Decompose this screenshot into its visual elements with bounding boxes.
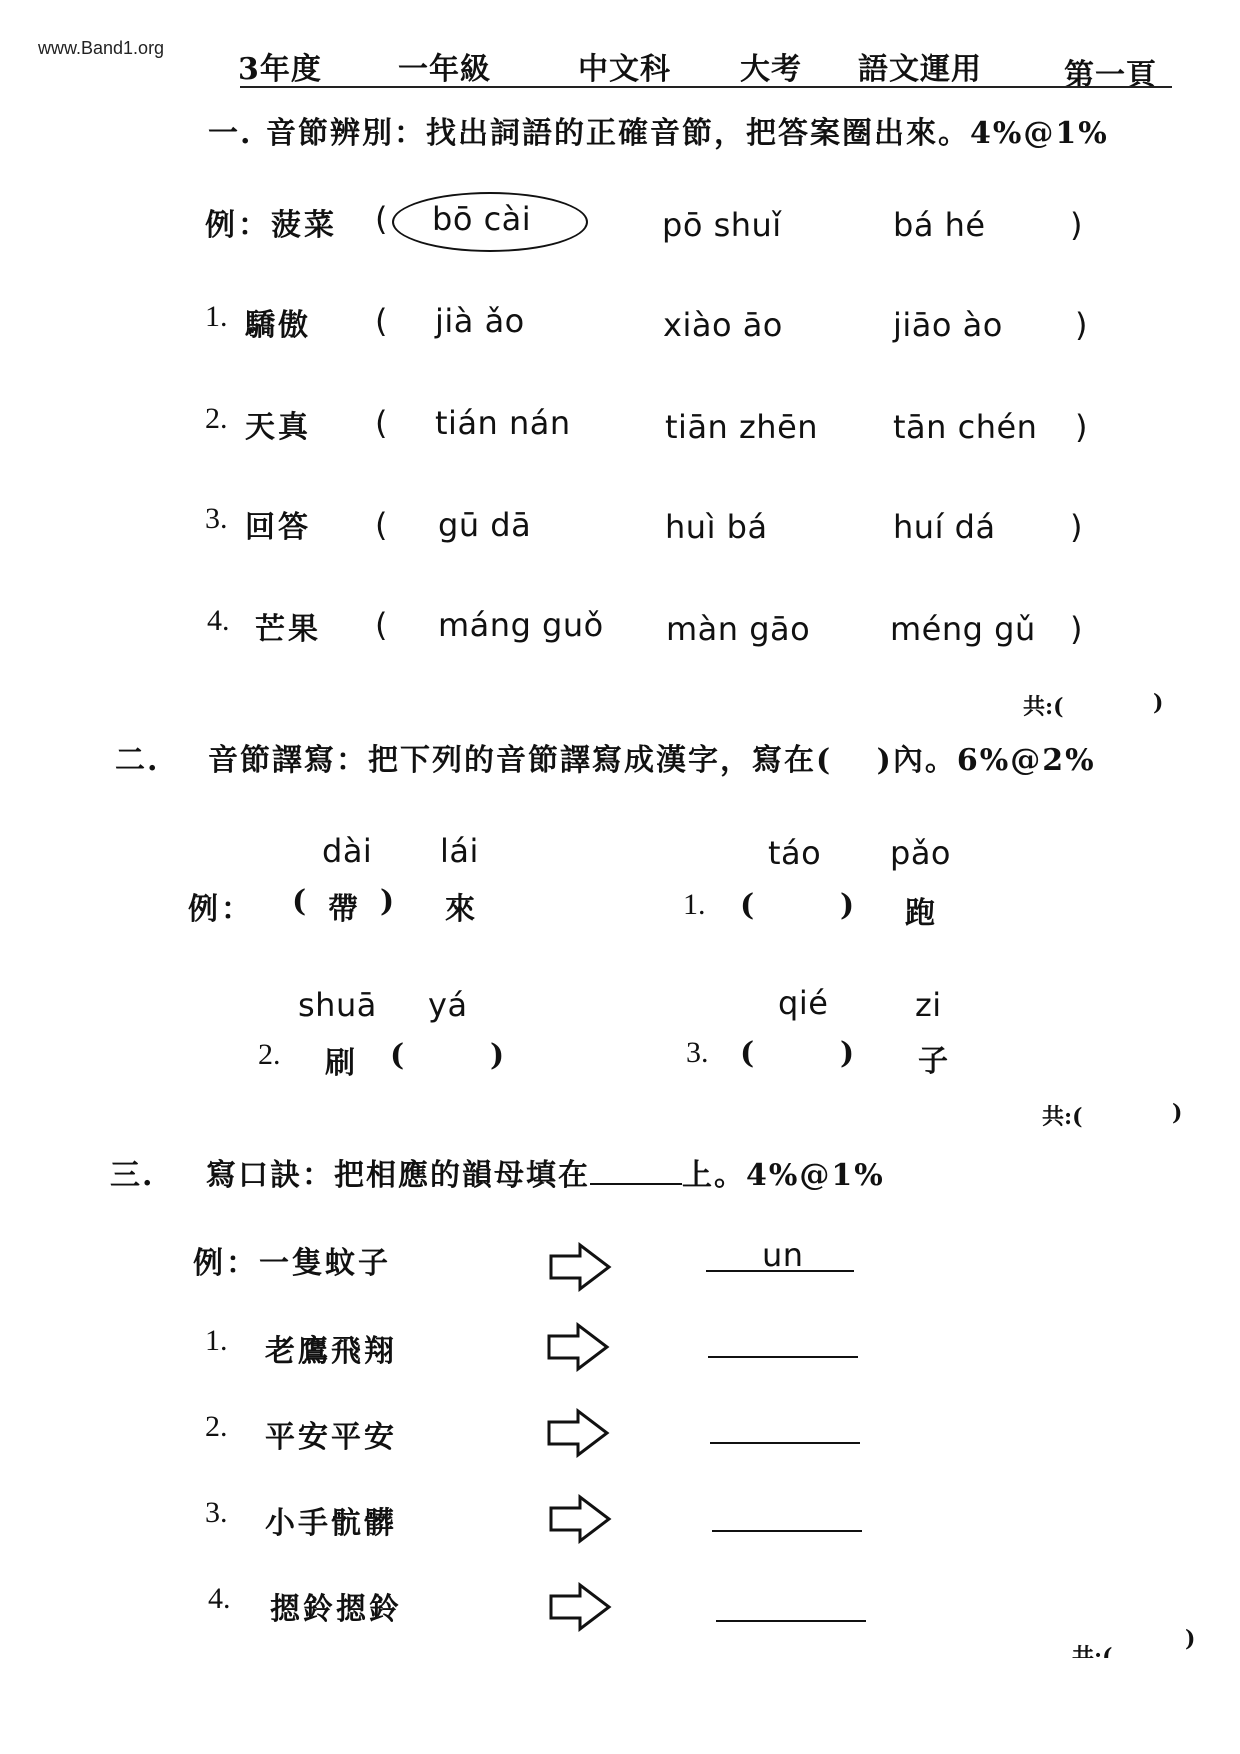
option[interactable]: huí dá [893, 508, 996, 546]
item-number: 4. [208, 1582, 231, 1616]
close-paren: ) [840, 888, 857, 923]
section-3-total-label: 共:( [1072, 1640, 1113, 1658]
arrow-right-icon [548, 1582, 612, 1632]
answer-blank[interactable] [716, 1584, 866, 1620]
option[interactable]: tiān zhēn [665, 408, 818, 446]
item-number: 2. [205, 402, 228, 436]
answer-blank[interactable] [708, 1320, 858, 1356]
header-exam: 大考 [740, 44, 802, 88]
item-pinyin: qié [778, 984, 828, 1022]
answer-blank[interactable] [760, 884, 840, 924]
item-phrase: 平安平安 [265, 1412, 397, 1456]
open-paren: ( [375, 200, 387, 238]
item-phrase: 老鷹飛翔 [265, 1326, 397, 1370]
header-grade: 一年級 [398, 44, 491, 88]
section-2-total-label: 共:( [1042, 1100, 1083, 1131]
answer-blank[interactable] [710, 1406, 860, 1442]
item-word: 芒果 [255, 604, 321, 648]
open-paren: ( [375, 606, 387, 644]
option[interactable]: xiào āo [663, 306, 783, 344]
section-1-title: 一.音節辨別：找出詞語的正確音節，把答案圈出來。4%@1% [208, 108, 1109, 152]
item-pinyin: táo [768, 834, 821, 872]
answer-line [708, 1356, 858, 1358]
close-paren: ) [840, 1036, 857, 1071]
item-phrase: 小手骯髒 [265, 1498, 397, 1542]
close-paren: ) [1075, 408, 1087, 446]
close-paren: ) [490, 1038, 507, 1073]
section-1-number: 一. [208, 108, 266, 152]
given-char: 刷 [325, 1038, 358, 1082]
section-3-example-label: 例：一隻蚊子 [193, 1238, 391, 1282]
item-phrase: 摁鈴摁鈴 [270, 1584, 402, 1628]
item-number: 4. [207, 604, 230, 638]
item-number: 3. [686, 1036, 709, 1070]
example-char: 來 [445, 884, 478, 928]
item-word: 驕傲 [245, 300, 311, 344]
arrow-right-icon [546, 1322, 610, 1372]
answer-line [712, 1530, 862, 1532]
item-pinyin: yá [428, 986, 468, 1024]
example-answer-line [706, 1270, 854, 1272]
option[interactable]: màn gāo [666, 610, 810, 648]
section-3-total-close: ) [1185, 1626, 1195, 1652]
item-number: 3. [205, 502, 228, 536]
arrow-right-icon [546, 1408, 610, 1458]
example-answer: 帶 [328, 884, 361, 928]
open-paren: ( [740, 1036, 757, 1071]
item-pinyin: shuā [298, 986, 377, 1024]
close-paren: ) [1070, 508, 1082, 546]
header-year: 3年度 [238, 44, 322, 88]
section-3-number: 三. [110, 1150, 154, 1194]
option[interactable]: tián nán [435, 404, 571, 442]
example-pinyin-1: dài [322, 832, 372, 870]
watermark: www.Band1.org [38, 38, 164, 59]
header-subject: 中文科 [578, 44, 671, 88]
option[interactable]: huì bá [665, 508, 768, 546]
answer-line [716, 1620, 866, 1622]
example-option-1: bō cài [432, 200, 531, 238]
section-3-title: 寫口訣：把相應的韻母填在上。4%@1% [206, 1150, 885, 1194]
example-answer: un [762, 1236, 804, 1274]
open-paren: ( [390, 1038, 407, 1073]
arrow-right-icon [548, 1242, 612, 1292]
open-paren: ( [740, 888, 757, 923]
item-number: 1. [683, 888, 706, 922]
example-pinyin-2: lái [440, 832, 479, 870]
answer-line [710, 1442, 860, 1444]
section-2-title: 音節譯寫：把下列的音節譯寫成漢字，寫在( )內。6%@2% [208, 735, 1096, 779]
close-paren: ) [1070, 610, 1082, 648]
close-paren: ) [1070, 206, 1082, 244]
item-number: 2. [205, 1410, 228, 1444]
open-paren: ( [375, 506, 387, 544]
section-1-example-label: 例：菠菜 [205, 200, 337, 244]
item-number: 1. [205, 1324, 228, 1358]
header-paper: 語文運用 [858, 44, 982, 88]
option[interactable]: gū dā [438, 506, 531, 544]
arrow-right-icon [548, 1494, 612, 1544]
example-option-2: pō shuǐ [662, 206, 782, 244]
header-underline [240, 86, 1172, 88]
option[interactable]: méng gǔ [890, 610, 1036, 648]
item-word: 天真 [245, 402, 311, 446]
section-2-total-close: ) [1172, 1100, 1182, 1126]
open-paren: ( [375, 404, 387, 442]
answer-blank[interactable] [760, 1032, 840, 1072]
open-paren: ( [375, 302, 387, 340]
example-open-paren: ( [292, 884, 309, 919]
item-number: 2. [258, 1038, 281, 1072]
item-number: 1. [205, 300, 228, 334]
item-number: 3. [205, 1496, 228, 1530]
option[interactable]: jiāo ào [893, 306, 1003, 344]
section-1-total-close: ) [1153, 690, 1163, 716]
example-option-3: bá hé [893, 206, 986, 244]
option[interactable]: jià ǎo [435, 302, 525, 340]
close-paren: ) [1075, 306, 1087, 344]
example-close-paren: ) [380, 884, 397, 919]
given-char: 子 [918, 1036, 951, 1080]
item-word: 回答 [245, 502, 311, 546]
section-1-total-label: 共:( [1023, 690, 1064, 721]
title-blank [590, 1159, 682, 1185]
option[interactable]: máng guǒ [438, 606, 604, 644]
answer-blank[interactable] [410, 1034, 490, 1074]
section-2-number: 二. [115, 735, 159, 779]
given-char: 跑 [905, 888, 938, 932]
item-pinyin: pǎo [890, 834, 951, 872]
item-pinyin: zi [915, 986, 942, 1024]
option[interactable]: tān chén [893, 408, 1037, 446]
answer-blank[interactable] [712, 1494, 862, 1530]
section-2-example-label: 例： [188, 884, 254, 928]
